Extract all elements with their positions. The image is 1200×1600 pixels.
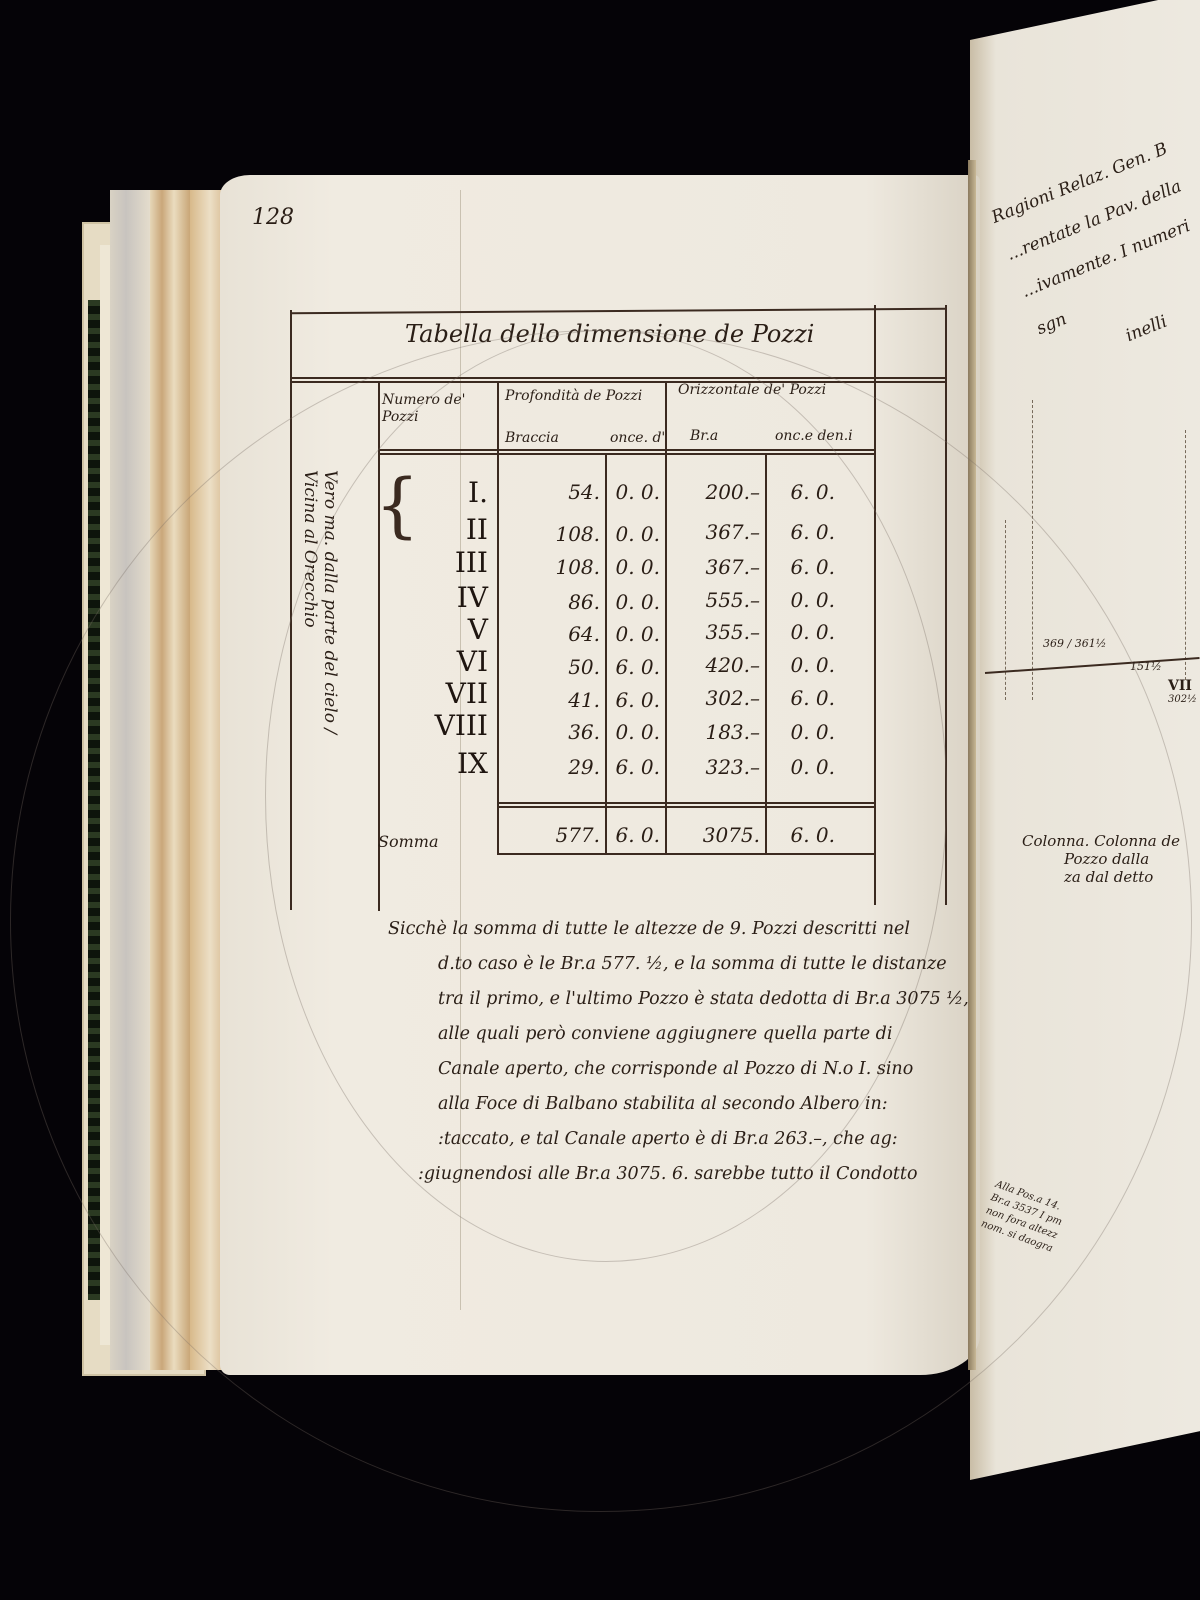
diagram-label: 302½ xyxy=(1168,694,1197,705)
diagram-label: VII xyxy=(1168,678,1192,694)
watermark-ring-inner xyxy=(265,330,947,1262)
diagram-dotted-line xyxy=(1185,430,1186,680)
page-number: 128 xyxy=(252,205,294,230)
table-top-border xyxy=(290,308,946,315)
